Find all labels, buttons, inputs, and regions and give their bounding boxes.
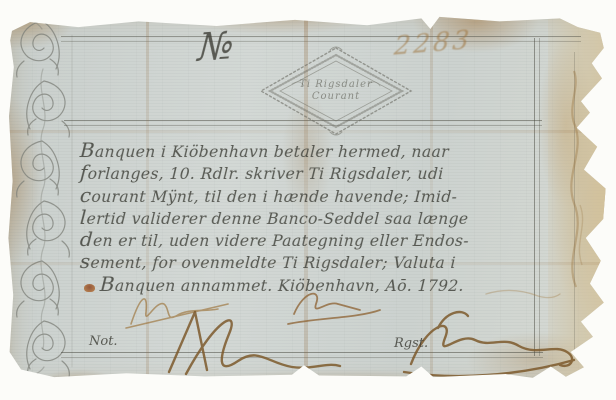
ink-blot-stain (84, 284, 95, 292)
body-line: den er til, uden videre Paategning eller… (79, 227, 555, 249)
numero-sign: № (196, 23, 237, 70)
faded-vertical-handwriting (558, 65, 592, 295)
registrar-label: Rgst. (394, 336, 428, 351)
body-text-block: Banquen i Kiöbenhavn betaler hermed, naa… (80, 138, 555, 294)
signature-stroke-registrar (404, 312, 574, 376)
photo-backdrop: № 2283 Ti Rigsdaler Courant Banquen i Ki… (0, 0, 616, 400)
body-line: forlanges, 10. Rdlr. skriver Ti Rigsdale… (79, 160, 555, 182)
signature-stroke-left (126, 299, 228, 328)
handwritten-signatures (66, 282, 606, 394)
body-line: Banquen i Kiöbenhavn betaler hermed, naa… (79, 138, 555, 160)
body-line-date: Banquen annammet. Kiöbenhavn, Aō. 1792. (79, 272, 555, 294)
diamond-denomination-stamp (256, 46, 416, 136)
bottom-frame-rule (61, 352, 543, 358)
notary-label: Not. (89, 334, 118, 349)
signature-stroke-middle (288, 294, 380, 324)
body-line: sement, for ovenmeldte Ti Rigsdaler; Val… (79, 249, 555, 271)
body-line: courant Mÿnt, til den i hænde havende; I… (79, 183, 555, 205)
banknote-paper: № 2283 Ti Rigsdaler Courant Banquen i Ki… (6, 10, 608, 390)
engraved-floral-border (10, 15, 76, 383)
signature-stroke-notary (169, 312, 340, 374)
top-outer-rule (61, 36, 581, 42)
body-line: lertid validerer denne Banco-Seddel saa … (79, 205, 555, 227)
